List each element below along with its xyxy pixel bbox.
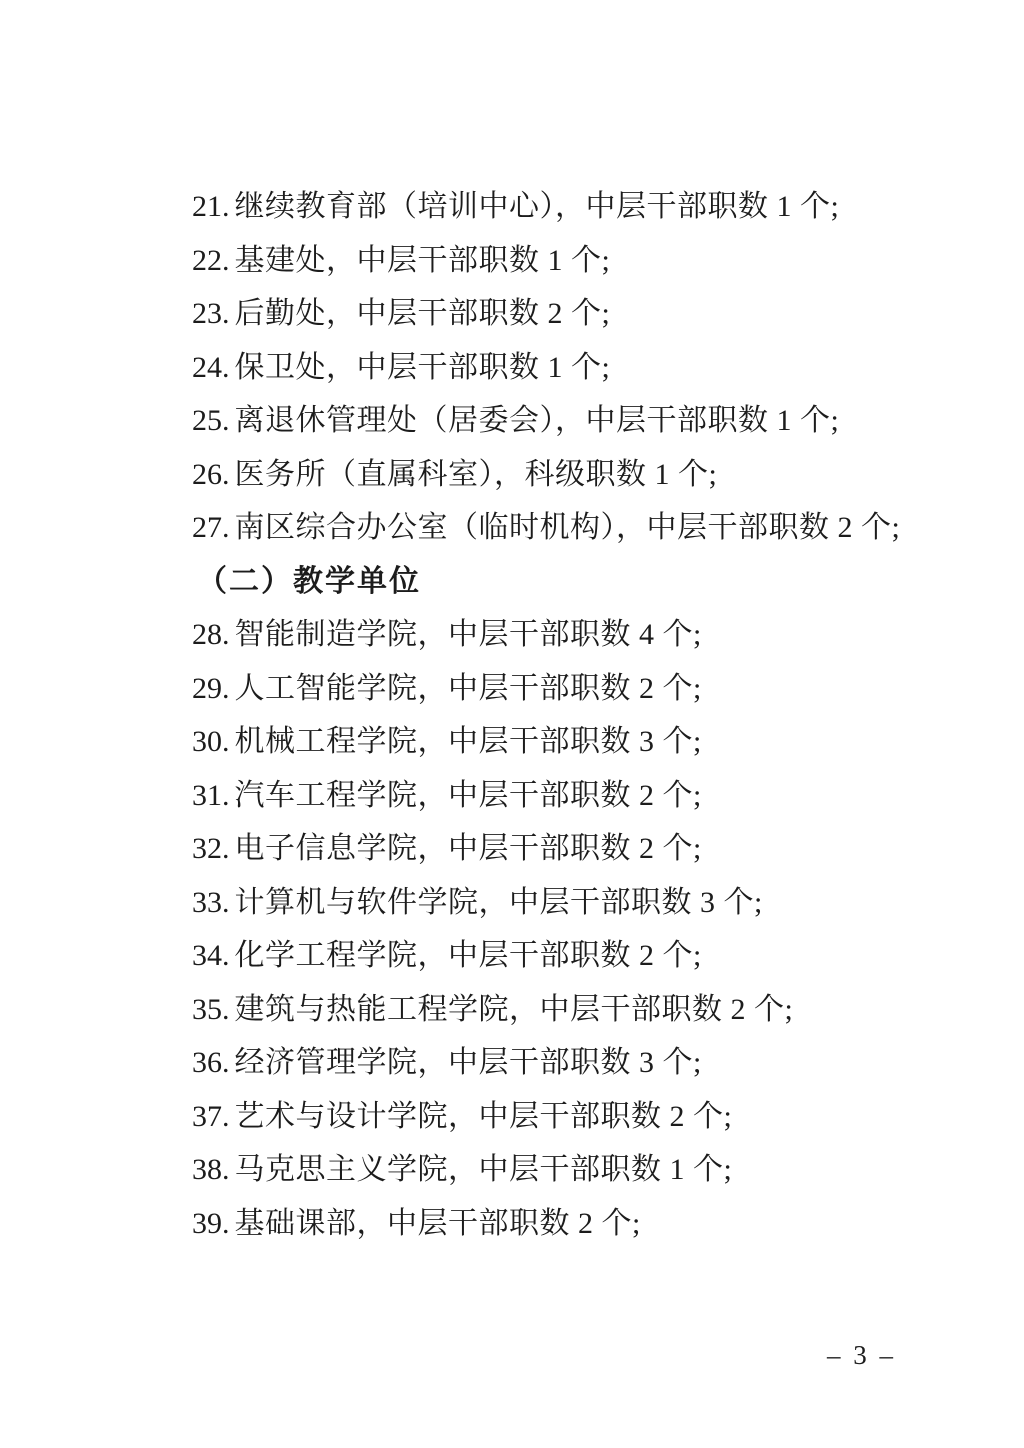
item-text: 汽车工程学院，中层干部职数 2 个;: [235, 779, 702, 812]
item-number: 21.: [192, 180, 230, 234]
item-number: 25.: [192, 394, 230, 448]
item-text: 医务所（直属科室），科级职数 1 个;: [235, 458, 718, 491]
item-text: 基建处，中层干部职数 1 个;: [235, 244, 611, 277]
list-item: 30.机械工程学院，中层干部职数 3 个;: [192, 715, 964, 769]
item-text: 基础课部，中层干部职数 2 个;: [235, 1207, 641, 1240]
list-item: 26.医务所（直属科室），科级职数 1 个;: [192, 448, 964, 502]
item-text: 机械工程学院，中层干部职数 3 个;: [235, 725, 702, 758]
item-number: 30.: [192, 715, 230, 769]
item-number: 35.: [192, 983, 230, 1037]
item-number: 26.: [192, 448, 230, 502]
item-text: 经济管理学院，中层干部职数 3 个;: [235, 1046, 702, 1079]
list-item: 22.基建处，中层干部职数 1 个;: [192, 234, 964, 288]
item-number: 22.: [192, 234, 230, 288]
list-item: 24.保卫处，中层干部职数 1 个;: [192, 341, 964, 395]
list-item: 28.智能制造学院，中层干部职数 4 个;: [192, 608, 964, 662]
item-text: 后勤处，中层干部职数 2 个;: [235, 297, 611, 330]
list-item: 29.人工智能学院，中层干部职数 2 个;: [192, 662, 964, 716]
item-number: 36.: [192, 1036, 230, 1090]
list-item: 32.电子信息学院，中层干部职数 2 个;: [192, 822, 964, 876]
list-item: 23.后勤处，中层干部职数 2 个;: [192, 287, 964, 341]
item-number: 27.: [192, 501, 230, 555]
list-item: 31.汽车工程学院，中层干部职数 2 个;: [192, 769, 964, 823]
item-text: 电子信息学院，中层干部职数 2 个;: [235, 832, 702, 865]
document-body: 21.继续教育部（培训中心），中层干部职数 1 个; 22.基建处，中层干部职数…: [192, 180, 964, 1250]
item-text: 继续教育部（培训中心），中层干部职数 1 个;: [235, 190, 840, 223]
list-item: 38.马克思主义学院，中层干部职数 1 个;: [192, 1143, 964, 1197]
item-number: 29.: [192, 662, 230, 716]
item-text: 化学工程学院，中层干部职数 2 个;: [235, 939, 702, 972]
item-number: 23.: [192, 287, 230, 341]
item-text: 计算机与软件学院，中层干部职数 3 个;: [235, 886, 763, 919]
item-number: 37.: [192, 1090, 230, 1144]
list-item: 27.南区综合办公室（临时机构），中层干部职数 2 个;: [192, 501, 964, 555]
list-item: 37.艺术与设计学院，中层干部职数 2 个;: [192, 1090, 964, 1144]
item-number: 24.: [192, 341, 230, 395]
item-text: 艺术与设计学院，中层干部职数 2 个;: [235, 1100, 733, 1133]
list-item: 34.化学工程学院，中层干部职数 2 个;: [192, 929, 964, 983]
item-number: 33.: [192, 876, 230, 930]
item-text: 建筑与热能工程学院，中层干部职数 2 个;: [235, 993, 794, 1026]
item-number: 28.: [192, 608, 230, 662]
list-item: 35.建筑与热能工程学院，中层干部职数 2 个;: [192, 983, 964, 1037]
item-number: 34.: [192, 929, 230, 983]
item-text: 人工智能学院，中层干部职数 2 个;: [235, 672, 702, 705]
list-item: 36.经济管理学院，中层干部职数 3 个;: [192, 1036, 964, 1090]
item-text: 保卫处，中层干部职数 1 个;: [235, 351, 611, 384]
item-text: 离退休管理处（居委会），中层干部职数 1 个;: [235, 404, 840, 437]
list-item: 39.基础课部，中层干部职数 2 个;: [192, 1197, 964, 1251]
document-page: 21.继续教育部（培训中心），中层干部职数 1 个; 22.基建处，中层干部职数…: [0, 0, 1024, 1448]
list-item: 33.计算机与软件学院，中层干部职数 3 个;: [192, 876, 964, 930]
section-heading: （二）教学单位: [192, 555, 964, 609]
item-number: 38.: [192, 1143, 230, 1197]
item-text: 智能制造学院，中层干部职数 4 个;: [235, 618, 702, 651]
item-text: 马克思主义学院，中层干部职数 1 个;: [235, 1153, 733, 1186]
item-text: 南区综合办公室（临时机构），中层干部职数 2 个;: [235, 511, 901, 544]
list-item: 21.继续教育部（培训中心），中层干部职数 1 个;: [192, 180, 964, 234]
item-number: 31.: [192, 769, 230, 823]
item-text: （二）教学单位: [197, 565, 421, 598]
item-number: 32.: [192, 822, 230, 876]
page-number: – 3 –: [827, 1340, 896, 1371]
item-number: 39.: [192, 1197, 230, 1251]
list-item: 25.离退休管理处（居委会），中层干部职数 1 个;: [192, 394, 964, 448]
